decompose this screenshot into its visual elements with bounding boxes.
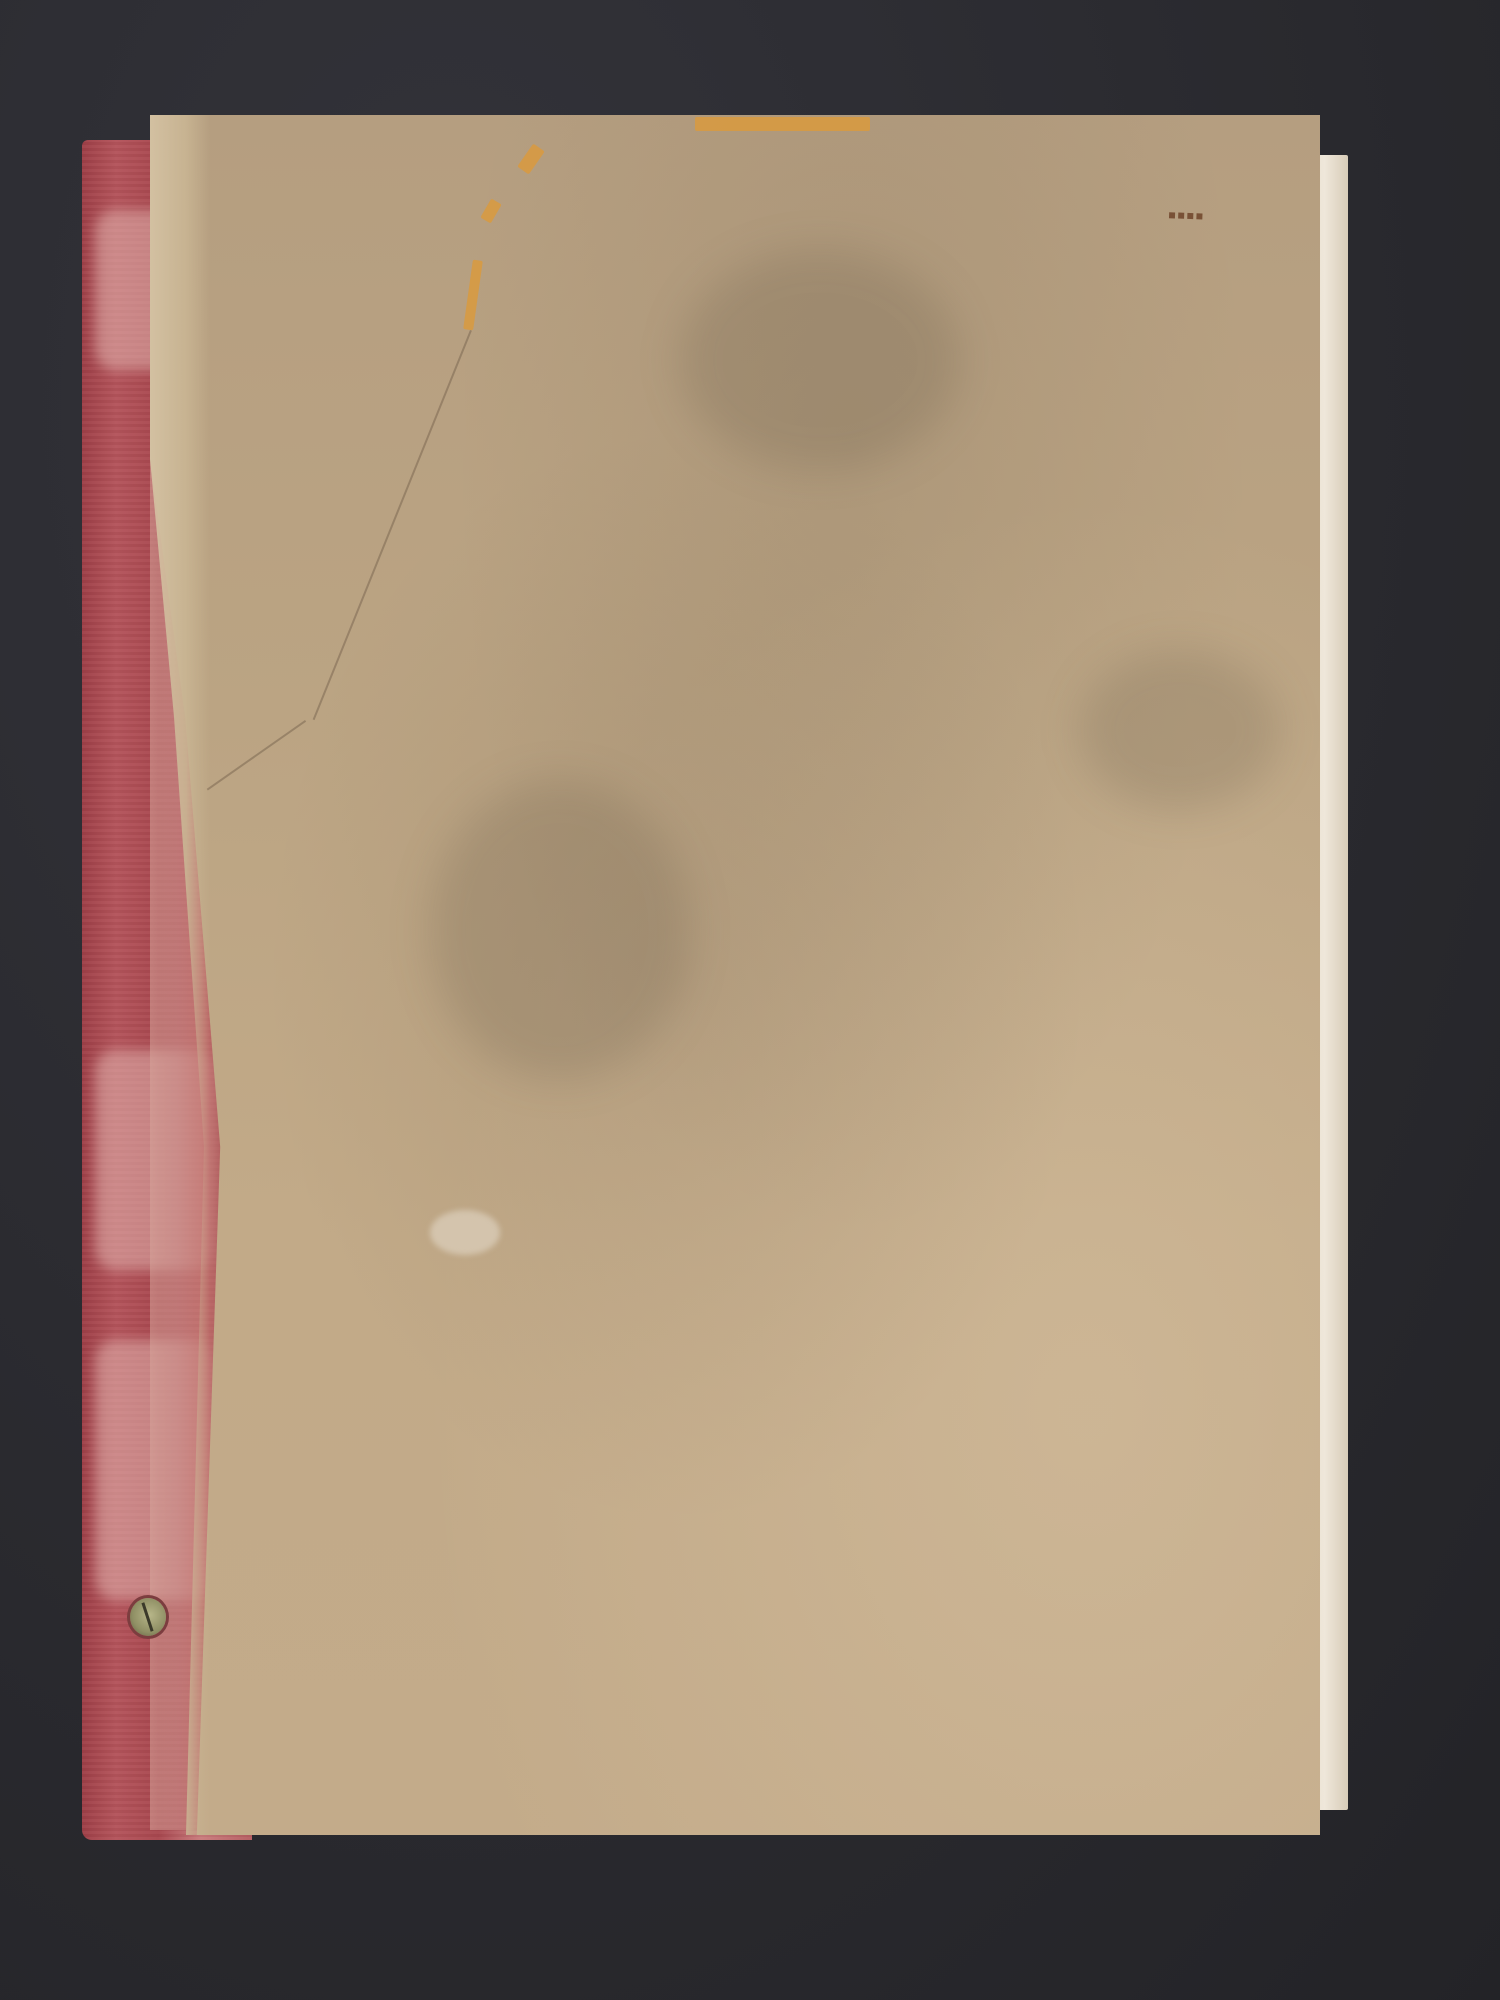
stain	[430, 780, 690, 1080]
faded-stamp: ▪▪▪▪	[1168, 207, 1205, 222]
stain	[1080, 650, 1280, 810]
binding-screw-icon	[130, 1598, 166, 1636]
tape-remnant	[695, 117, 870, 131]
scuff-mark	[430, 1210, 500, 1255]
stain	[680, 250, 960, 470]
